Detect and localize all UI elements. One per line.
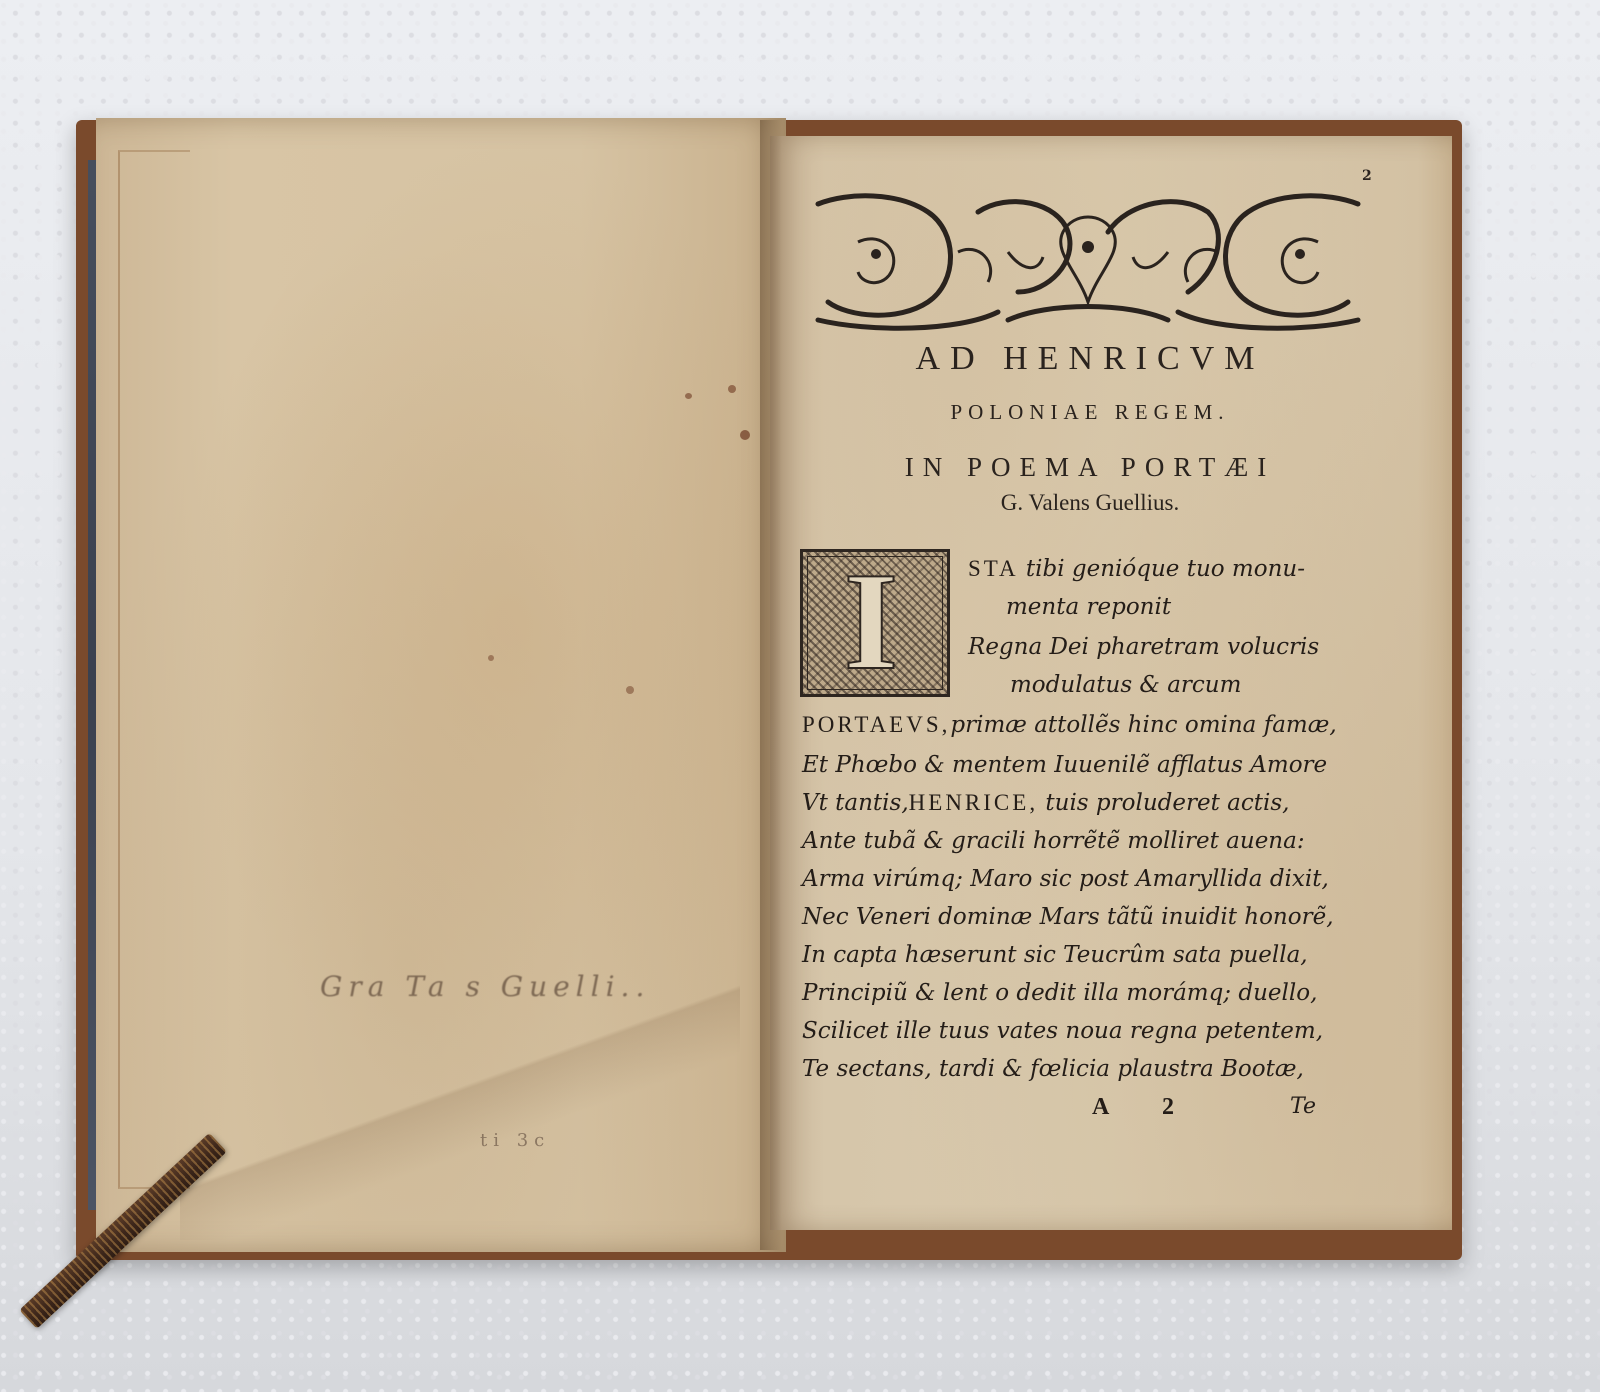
poem-line-text: Te sectans, tardi & fœlicia plaustra Boo… bbox=[802, 1056, 1304, 1082]
poem-line-text: Vt tantis, bbox=[802, 790, 909, 816]
poem-line-text: menta reponit bbox=[1006, 594, 1171, 620]
stain-spot bbox=[685, 393, 692, 399]
initial-glyph: I bbox=[841, 558, 901, 686]
poem-line: Et Phœbo & mentem Iuuenilẽ afflatus Amor… bbox=[802, 752, 1327, 778]
poem-line: Regna Dei pharetram volucris bbox=[968, 634, 1319, 660]
poem-line: Ante tubã & gracili horrẽtẽ molliret aue… bbox=[802, 828, 1305, 854]
poem-line-text: Scilicet ille tuus vates noua regna pete… bbox=[802, 1018, 1323, 1044]
poem-line-smallcaps: HENRICE, bbox=[909, 790, 1038, 815]
stain-spot bbox=[626, 686, 634, 694]
stain-spot bbox=[728, 385, 736, 393]
poem-line-text: Nec Veneri dominæ Mars tãtũ inuidit hono… bbox=[802, 904, 1334, 930]
poem-line: modulatus & arcum bbox=[1010, 672, 1241, 698]
stain-spot bbox=[740, 430, 750, 440]
poem-line-smallcaps: STA bbox=[968, 556, 1019, 581]
poem-line-text: tibi genióque tuo monu- bbox=[1019, 556, 1305, 582]
heading-line-2: POLONIAE REGEM. bbox=[790, 400, 1390, 425]
poem-line: Principiũ & lent o dedit illa morámq; du… bbox=[802, 980, 1317, 1006]
heading-line-3: IN POEMA PORTÆI bbox=[790, 452, 1390, 483]
poem-line: PORTAEVS,primæ attollẽs hinc omina famæ, bbox=[802, 712, 1337, 738]
poem-line-text: modulatus & arcum bbox=[1010, 672, 1241, 698]
folio-number: 2 bbox=[1362, 168, 1372, 184]
poem-line: Arma virúmq; Maro sic post Amaryllida di… bbox=[802, 866, 1329, 892]
poem-line-smallcaps: PORTAEVS, bbox=[802, 712, 950, 737]
signature-mark: A 2 bbox=[1092, 1094, 1198, 1121]
faint-handwritten-inscription: Gra Ta s Guelli.. bbox=[320, 970, 700, 1003]
poem-line-text: In capta hæserunt sic Teucrûm sata puell… bbox=[802, 942, 1308, 968]
poem-line-text: Principiũ & lent o dedit illa morámq; du… bbox=[802, 980, 1317, 1006]
poem-line: Nec Veneri dominæ Mars tãtũ inuidit hono… bbox=[802, 904, 1334, 930]
flyleaf-corner-fold bbox=[180, 980, 740, 1240]
ornamental-headpiece-icon bbox=[808, 192, 1368, 332]
catchword: Te bbox=[1290, 1094, 1316, 1119]
poem-line: In capta hæserunt sic Teucrûm sata puell… bbox=[802, 942, 1308, 968]
poem-line: Vt tantis,HENRICE, tuis proluderet actis… bbox=[802, 790, 1289, 816]
poem-line: STA tibi genióque tuo monu- bbox=[968, 556, 1305, 582]
book-photo-scene: Gra Ta s Guelli.. ti 3c 2 bbox=[0, 0, 1600, 1392]
poem-line-text: tuis proluderet actis, bbox=[1038, 790, 1289, 816]
faint-bottom-marks: ti 3c bbox=[480, 1130, 550, 1151]
book-gutter-shadow bbox=[760, 120, 782, 1250]
poem-line-text: primæ attollẽs hinc omina famæ, bbox=[950, 712, 1336, 738]
poem-line: Te sectans, tardi & fœlicia plaustra Boo… bbox=[802, 1056, 1304, 1082]
poem-line-text: Et Phœbo & mentem Iuuenilẽ afflatus Amor… bbox=[802, 752, 1327, 778]
poem-line: menta reponit bbox=[1006, 594, 1171, 620]
stain-spot bbox=[488, 655, 494, 661]
poem-line-text: Ante tubã & gracili horrẽtẽ molliret aue… bbox=[802, 828, 1305, 854]
poem-line-text: Regna Dei pharetram volucris bbox=[968, 634, 1319, 660]
poem-line: Scilicet ille tuus vates noua regna pete… bbox=[802, 1018, 1323, 1044]
heading-line-1: AD HENRICVM bbox=[790, 340, 1390, 378]
woodcut-initial-letter: I bbox=[800, 549, 950, 697]
author-line: G. Valens Guellius. bbox=[790, 490, 1390, 516]
poem-line-text: Arma virúmq; Maro sic post Amaryllida di… bbox=[802, 866, 1329, 892]
